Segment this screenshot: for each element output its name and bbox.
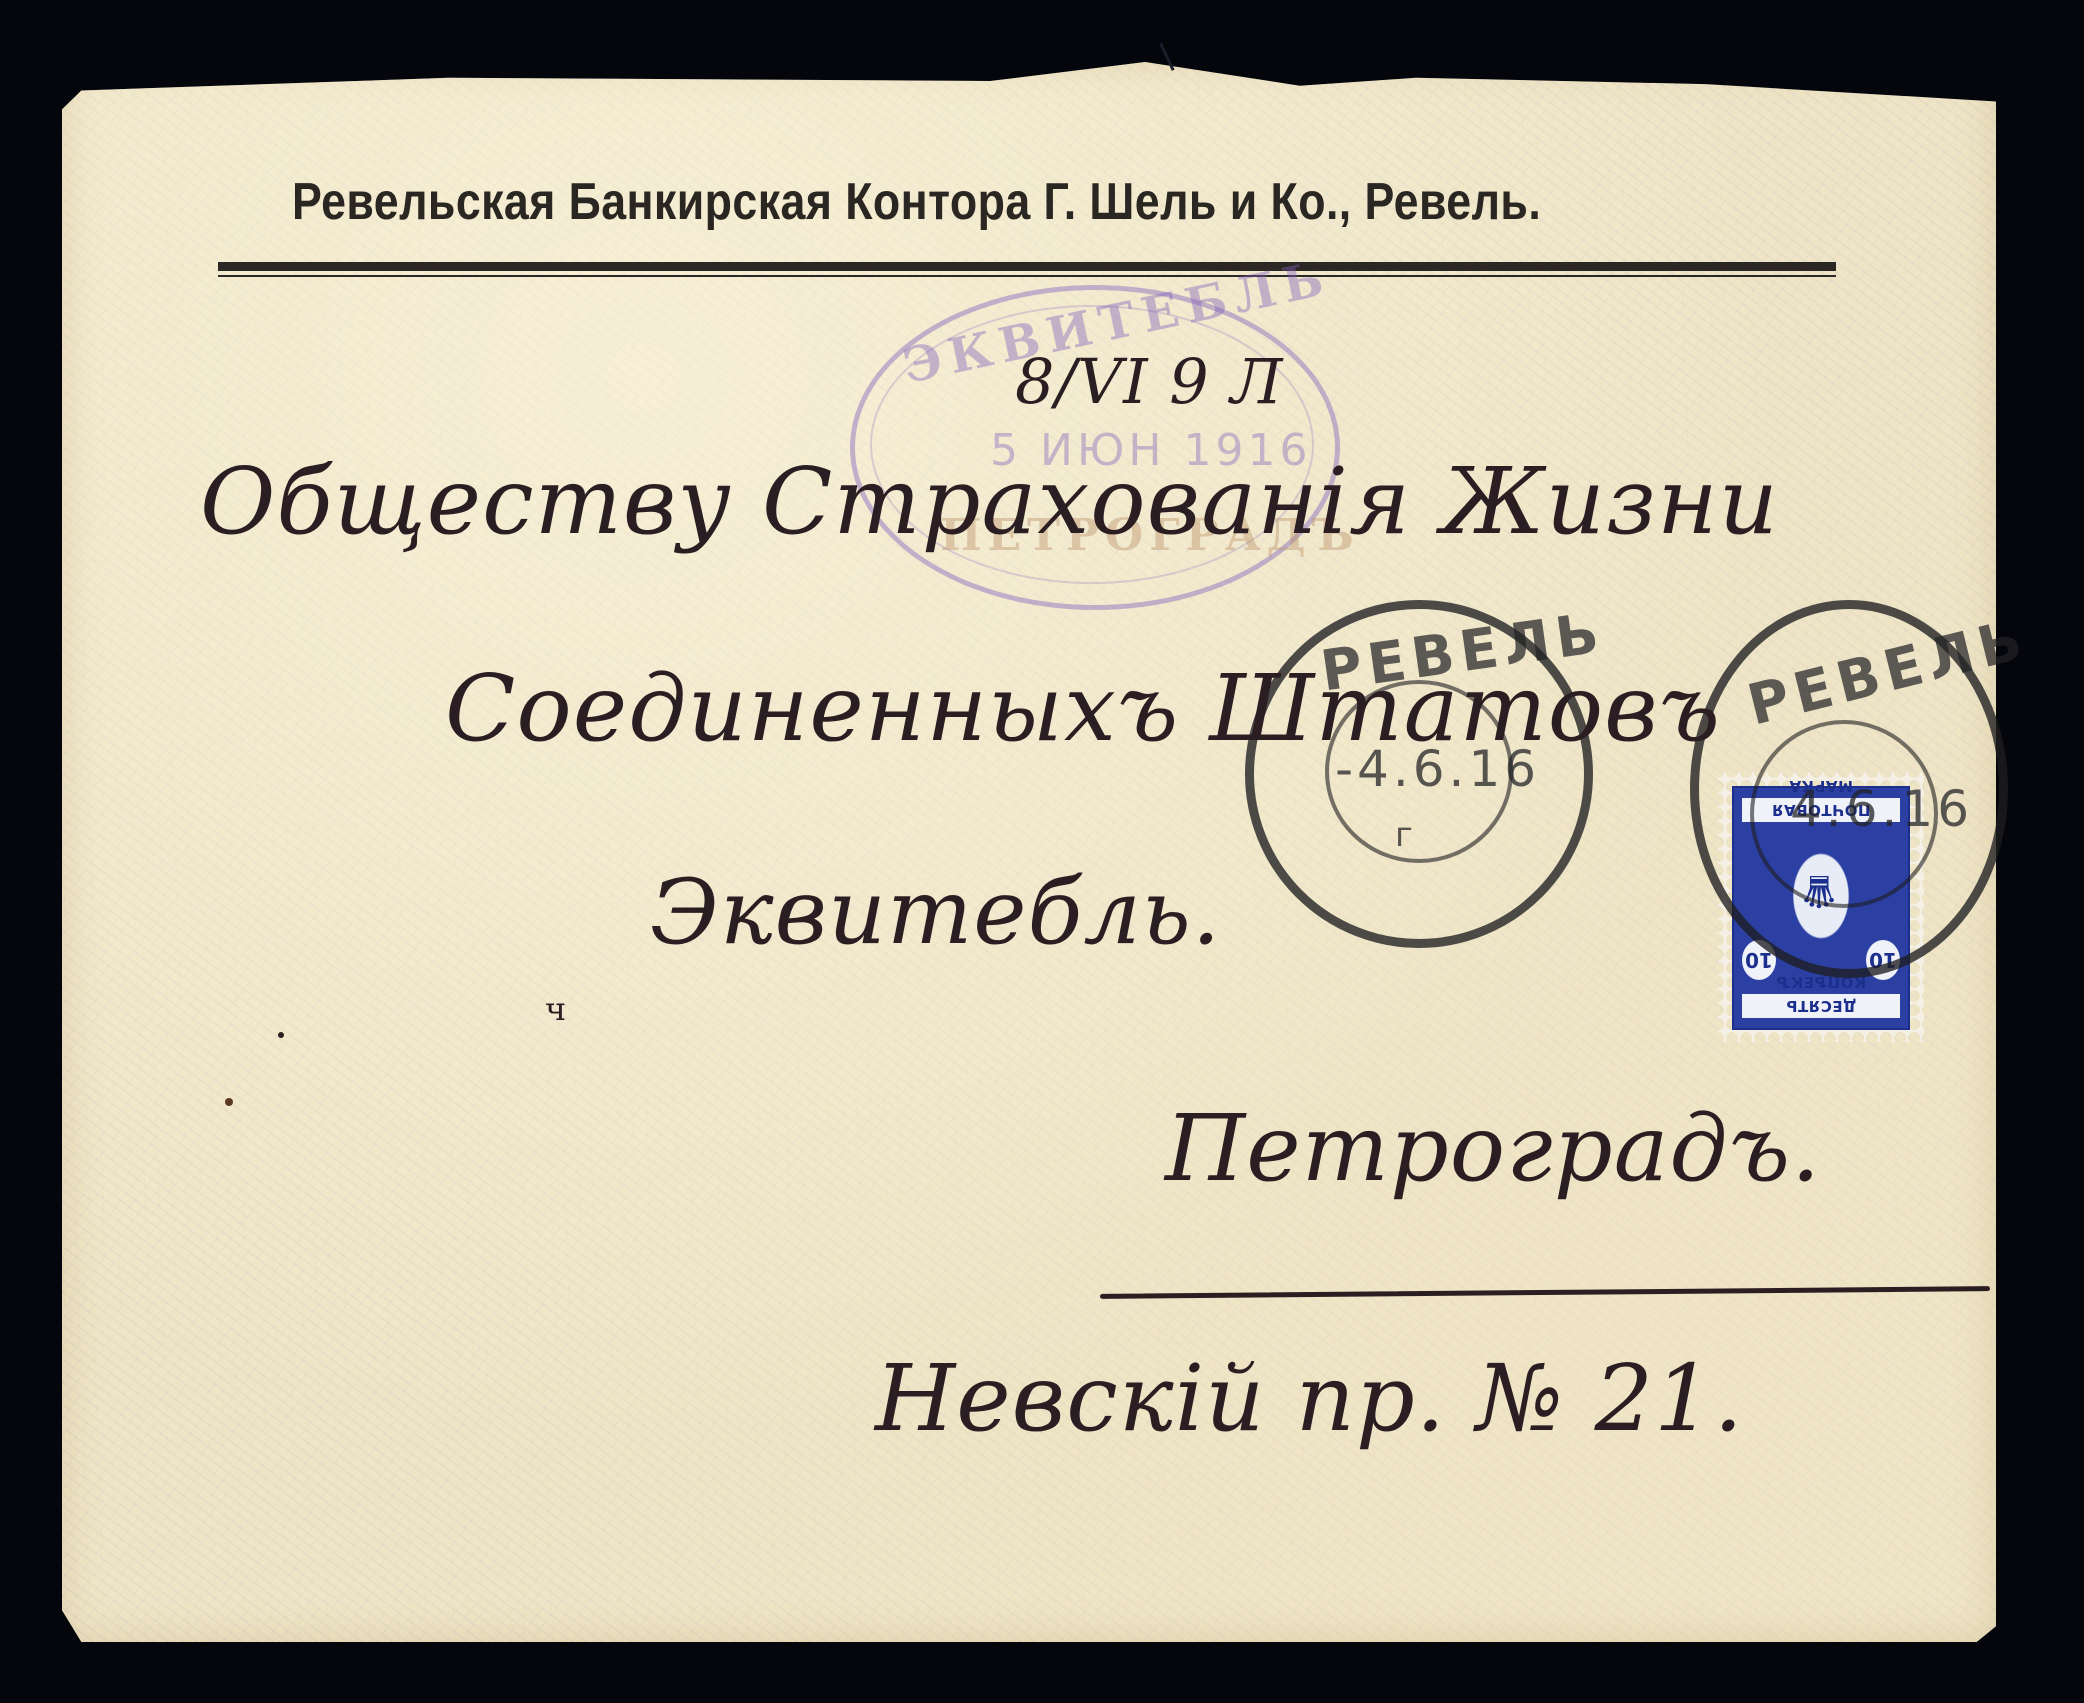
stray-ink-mark: ч — [545, 990, 566, 1028]
letterhead-rule — [218, 262, 1836, 271]
paper-spot — [225, 1098, 233, 1106]
address-line-5: Невскій пр. № 21. — [875, 1345, 1744, 1452]
stamp-denomination-text: ДЕСЯТЬ КОПѢЕКЪ — [1742, 994, 1900, 1018]
address-line-3: Эквитебль. — [650, 860, 1221, 965]
letterhead-rule-thin — [218, 275, 1836, 277]
address-line-4: Петроградъ. — [1165, 1095, 1821, 1202]
postmark-2-date: 4.6.16 — [1790, 780, 1973, 838]
address-line-2: Соединенныхъ Штатовъ — [445, 655, 1721, 762]
postmark-1-index: г — [1395, 815, 1417, 855]
letterhead: Ревельская Банкирская Контора Г. Шель и … — [220, 172, 1613, 232]
paper-spot — [278, 1032, 284, 1038]
handwritten-note: 8/VI 9 Л — [1015, 345, 1283, 418]
address-line-1: Обществу Страхованія Жизни — [200, 448, 1779, 555]
